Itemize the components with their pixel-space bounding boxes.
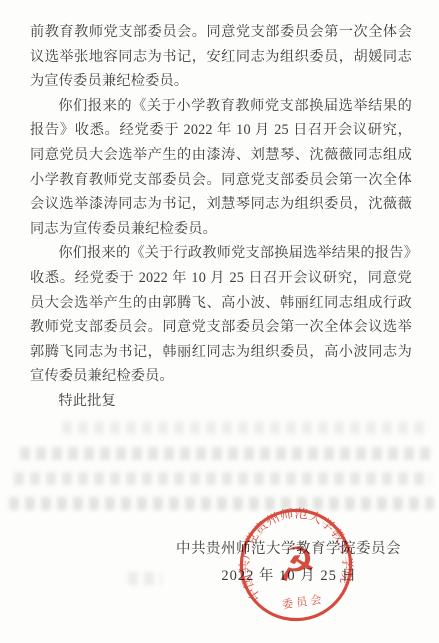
document-line: 郭腾飞同志为书记，韩丽红同志为组织委员，高小波同志为 — [30, 340, 412, 365]
document-line: 前教育教师党支部委员会。同意党支部委员会第一次全体会 — [30, 20, 412, 45]
page-bleed-through — [62, 421, 427, 434]
document-line: 会议选举漆涛同志为书记，刘慧琴同志为组织委员，沈薇薇 — [30, 192, 412, 217]
document-line: 收悉。经党委于 2022 年 10 月 25 日召开会议研究，同意党 — [30, 266, 412, 291]
document-line: 特此批复 — [30, 389, 412, 414]
document-body: 前教育教师党支部委员会。同意党支部委员会第一次全体会议选举张地容同志为书记，安红… — [30, 20, 412, 414]
document-line: 你们报来的《关于行政教师党支部换届选举结果的报告》 — [30, 241, 412, 266]
document-line: 教师党支部委员会。同意党支部委员会第一次全体会议选举 — [30, 315, 412, 340]
signature-organization: 中共贵州师范大学教育学院委员会 — [176, 537, 401, 558]
seal-bottom-text: 委员会 — [281, 592, 325, 612]
document-line: 同意党员大会选举产生的由漆涛、刘慧琴、沈薇薇同志组成 — [30, 143, 412, 168]
document-line: 员大会选举产生的由郭腾飞、高小波、韩丽红同志组成行政 — [30, 291, 412, 316]
signature-date: 2022 年 10 月 25 日 — [221, 564, 357, 585]
document-line: 同志为宣传委员兼纪检委员。 — [30, 217, 412, 242]
document-line: 宣传委员兼纪检委员。 — [30, 364, 412, 389]
document-line: 议选举张地容同志为书记，安红同志为组织委员，胡媛同志 — [30, 45, 412, 70]
page-bleed-through — [128, 572, 162, 585]
page-bleed-through — [14, 472, 431, 485]
document-line: 小学教育教师党支部委员会。同意党支部委员会第一次全体 — [30, 168, 412, 193]
page-bleed-through — [20, 447, 431, 460]
scanned-document-page: 前教育教师党支部委员会。同意党支部委员会第一次全体会议选举张地容同志为书记，安红… — [0, 0, 439, 643]
document-line: 报告》收悉。经党委于 2022 年 10 月 25 日召开会议研究， — [30, 118, 412, 143]
page-bleed-through — [9, 497, 434, 510]
document-line: 你们报来的《关于小学教育教师党支部换届选举结果的 — [30, 94, 412, 119]
document-line: 为宣传委员兼纪检委员。 — [30, 69, 412, 94]
